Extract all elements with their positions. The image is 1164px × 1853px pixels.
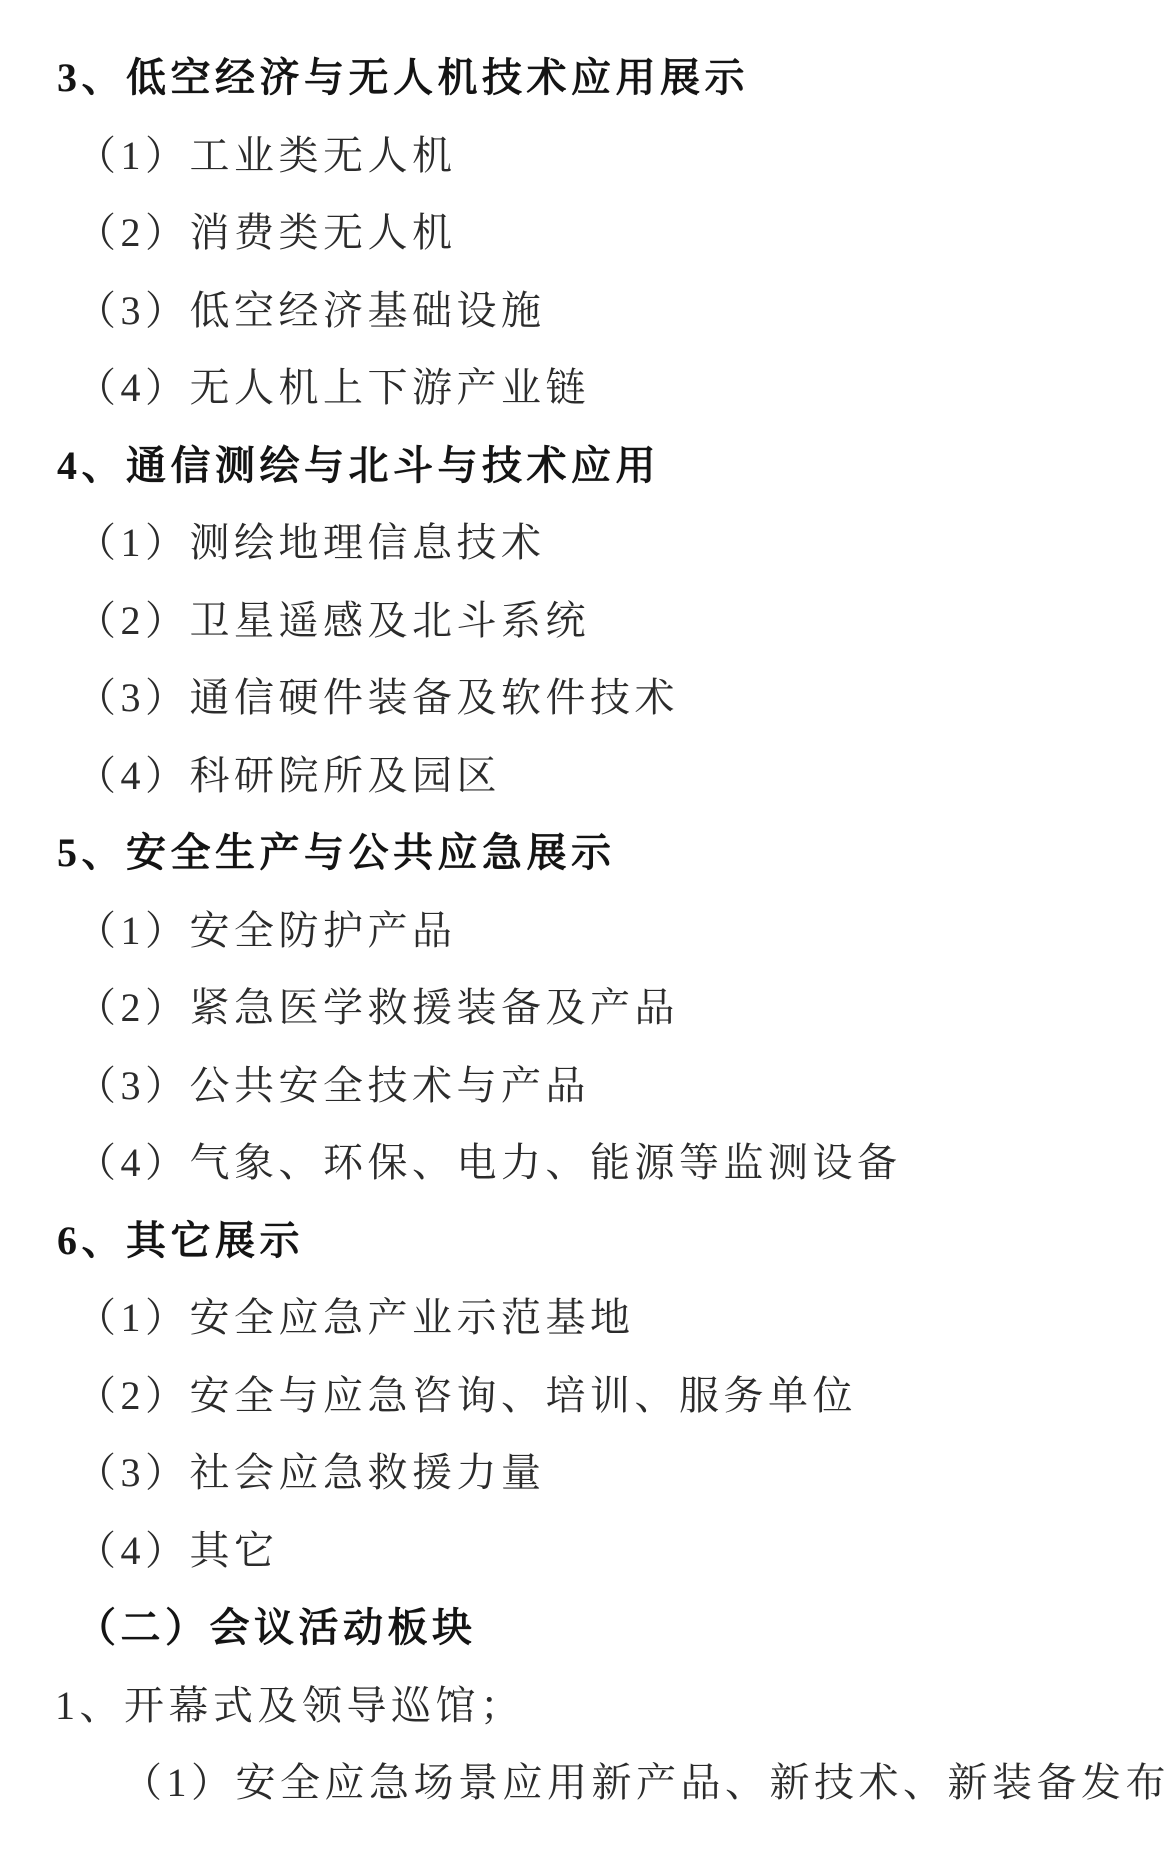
document-page: 3、低空经济与无人机技术应用展示 （1）工业类无人机 （2）消费类无人机 （3）… [0,0,1164,1853]
section-5-heading: 5、安全生产与公共应急展示 [57,811,1164,889]
section-4-item-2: （2）卫星遥感及北斗系统 [76,579,1164,657]
part-2-heading: （二）会议活动板块 [76,1586,1164,1664]
section-6-heading: 6、其它展示 [57,1199,1164,1277]
section-5-item-4: （4）气象、环保、电力、能源等监测设备 [76,1121,1164,1199]
part-2-item-1: 1、开幕式及领导巡馆； [55,1664,1164,1742]
section-4-item-4: （4）科研院所及园区 [76,734,1164,812]
section-6-item-1: （1）安全应急产业示范基地 [76,1276,1164,1354]
section-6-item-2: （2）安全与应急咨询、培训、服务单位 [76,1354,1164,1432]
section-3-item-1: （1）工业类无人机 [76,114,1164,192]
section-3-item-2: （2）消费类无人机 [76,191,1164,269]
section-3-item-4: （4）无人机上下游产业链 [76,346,1164,424]
section-4-item-1: （1）测绘地理信息技术 [76,501,1164,579]
section-5-item-2: （2）紧急医学救援装备及产品 [76,966,1164,1044]
section-6-item-3: （3）社会应急救援力量 [76,1431,1164,1509]
section-5-item-1: （1）安全防护产品 [76,889,1164,967]
section-3-heading: 3、低空经济与无人机技术应用展示 [57,36,1164,114]
part-2-item-1-sub-1: （1）安全应急场景应用新产品、新技术、新装备发布 [122,1741,1164,1819]
section-3-item-3: （3）低空经济基础设施 [76,269,1164,347]
section-4-heading: 4、通信测绘与北斗与技术应用 [57,424,1164,502]
section-5-item-3: （3）公共安全技术与产品 [76,1044,1164,1122]
section-6-item-4: （4）其它 [76,1509,1164,1587]
section-4-item-3: （3）通信硬件装备及软件技术 [76,656,1164,734]
